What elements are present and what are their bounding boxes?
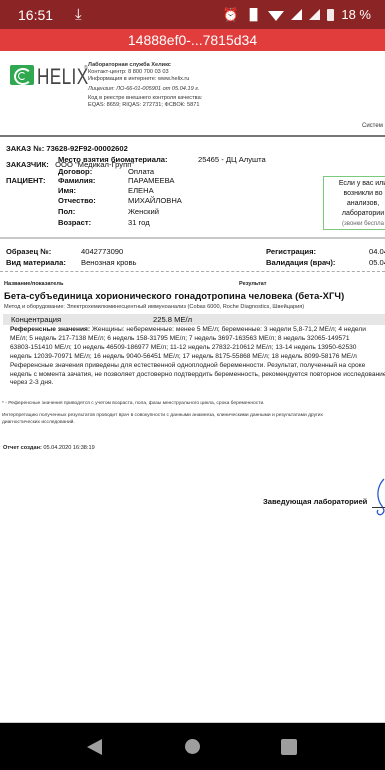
result-param: Концентрация xyxy=(11,314,61,325)
column-header-result: Результат xyxy=(239,281,266,287)
head-of-lab-label: Заведующая лабораторией xyxy=(263,497,367,506)
interpretation-note-1: Интерпретацию полученных результатов про… xyxy=(2,412,323,419)
battery-icon xyxy=(327,9,334,21)
back-button[interactable] xyxy=(87,739,102,755)
lab-qc-title: Код в реестре внешнего контроля качества… xyxy=(88,95,202,102)
clock: 16:51 xyxy=(18,7,53,23)
helix-logo: HELIX ® xyxy=(10,65,86,87)
document-title-bar[interactable]: 14888ef0-...7815d34 xyxy=(0,29,385,51)
wifi-icon xyxy=(268,11,284,21)
lab-qc-codes: EQAS: 8659; RIQAS: 272731; ФСВОК: 5871 xyxy=(88,102,202,109)
reference-footnote: * - Референсные значения приводятся с уч… xyxy=(2,400,265,407)
order-number: ЗАКАЗ №: 73628-92F92-00002602 xyxy=(6,144,128,153)
test-method: Метод и оборудование: Электрохемилюминес… xyxy=(4,304,304,310)
result-value: 225.8 МЕ/л xyxy=(153,314,192,325)
signature-icon xyxy=(374,477,385,517)
lab-name: Лабораторная служба Хеликс xyxy=(88,62,202,69)
recent-apps-button[interactable] xyxy=(281,739,297,755)
header-divider xyxy=(0,135,385,137)
navigation-bar xyxy=(0,722,385,770)
report-created: Отчет создан: 05.04.2020 16:38:19 xyxy=(3,445,95,451)
patient-label: ПАЦИЕНТ: xyxy=(6,176,46,185)
pdf-document-view[interactable]: HELIX ® Лабораторная служба Хеликс Конта… xyxy=(0,51,385,699)
signal-roaming-icon xyxy=(291,9,302,20)
interpretation-note-2: диагностических исследований. xyxy=(2,419,75,426)
home-button[interactable] xyxy=(185,739,200,754)
column-header-name: Название/показатель xyxy=(4,281,63,287)
sample-divider xyxy=(0,271,385,272)
lab-contact: Контакт-центр: 8 800 700 03 03 xyxy=(88,69,202,76)
vibrate-icon: ▐▌ xyxy=(246,9,262,21)
status-bar: 16:51 ⤓ ⏰ ▐▌ 18 % xyxy=(0,0,385,29)
system-label: Систем xyxy=(362,123,383,129)
test-name: Бета-субъединица хорионического гонадотр… xyxy=(4,290,344,301)
result-row: Концентрация 225.8 МЕ/л xyxy=(3,314,385,325)
signal-icon xyxy=(309,9,320,20)
battery-percent: 18 % xyxy=(341,7,371,22)
lab-website: Информация в интернете: www.helix.ru xyxy=(88,76,202,83)
patient-divider xyxy=(0,237,385,239)
logo-text: HELIX xyxy=(37,64,89,90)
document-title: 14888ef0-...7815d34 xyxy=(128,32,257,48)
helix-logo-mark-icon xyxy=(10,65,34,85)
lab-info: Лабораторная служба Хеликс Контакт-центр… xyxy=(88,62,202,109)
lab-license: Лицензия: ЛО-66-01-005901 от 05.04.19 г. xyxy=(88,86,202,93)
lab-header: HELIX ® Лабораторная служба Хеликс Конта… xyxy=(10,59,385,119)
download-icon: ⤓ xyxy=(75,6,82,23)
contact-notice-box: Если у вас или возникли во анализов, лаб… xyxy=(323,176,385,230)
alarm-icon: ⏰ xyxy=(223,7,239,23)
reference-values: Референсные значения: Женщины: неберемен… xyxy=(10,326,385,388)
signature-line xyxy=(372,507,385,508)
